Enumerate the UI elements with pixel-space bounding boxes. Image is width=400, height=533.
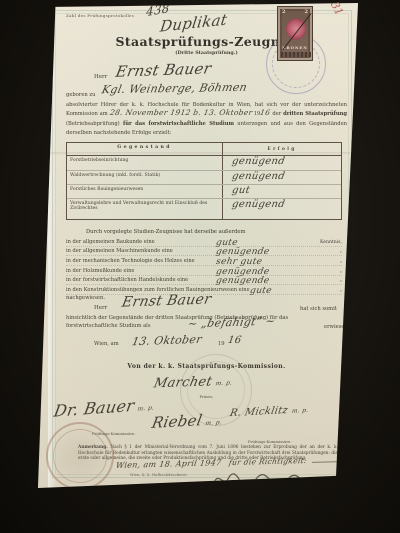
- president-mp-suffix: m. p.: [215, 380, 233, 388]
- result-cell: gut: [223, 185, 341, 198]
- table-row: Forstliches Bauingenieurwesen gut: [67, 184, 341, 198]
- commissioner-center-mp-suffix: m. p.: [205, 419, 223, 427]
- round-stamp-bottom-left: [46, 422, 114, 490]
- conclusion-seg-3: forstwirtschaftliche Studium als: [66, 323, 151, 329]
- result-handwritten: gut: [231, 185, 251, 197]
- certification-phrase-handwritten: für die Richtigkeit:: [229, 456, 308, 467]
- certification-date-handwritten: Wien, am 18. April 1947: [115, 458, 222, 470]
- certifier-signature: [210, 467, 320, 491]
- knowledge-grade-handwritten: gute: [249, 287, 305, 295]
- issue-date-handwritten: 13. Oktober: [131, 333, 203, 349]
- knowledge-row: in der mechanischen Technologie des Holz…: [66, 256, 342, 266]
- knowledge-grade-handwritten: genügende: [215, 248, 304, 256]
- photo-background: Zahl des Prüfungsprotokolles 438 Duplika…: [0, 0, 400, 533]
- subject-cell: Forstbetriebseinrichtung: [67, 156, 223, 170]
- commissioner-left-name: Dr. Bauer: [52, 396, 136, 421]
- knowledge-prefix: in der forstwirtschaftlichen Handelskund…: [66, 277, 216, 284]
- issue-year-handwritten: 16: [227, 335, 242, 346]
- knowledge-prefix: in der allgemeinen Baukunde eine: [66, 239, 216, 246]
- place-date-label: Wien, am: [94, 341, 119, 347]
- knowledge-suffix: „: [304, 278, 342, 284]
- salutation-label: Herr: [94, 74, 107, 80]
- knowledge-grade-handwritten: genügende: [215, 268, 304, 276]
- commissioner-center-signature: Riebelm. p.: [150, 410, 224, 432]
- knowledge-row: in der allgemeinen Baukunde eine gute Ke…: [66, 237, 342, 247]
- commissioner-right-mp-suffix: m. p.: [291, 407, 309, 415]
- knowledge-closing: nachgewiesen.: [66, 295, 105, 301]
- knowledge-grade-handwritten: gute: [215, 239, 304, 247]
- knowledge-prefix: in der mechanischen Technologie des Holz…: [66, 258, 216, 265]
- knowledge-prefix: in der Holzmeßkunde eine: [66, 268, 216, 275]
- issue-year-prefix: 19: [218, 341, 225, 347]
- knowledge-list: in der allgemeinen Baukunde eine gute Ke…: [66, 237, 342, 295]
- knowledge-suffix: „: [304, 288, 342, 294]
- commissioner-right-name: R. Micklitz: [229, 405, 289, 419]
- knowledge-grade-handwritten: genügende: [215, 277, 304, 285]
- result-handwritten: genügend: [231, 199, 286, 211]
- result-handwritten: genügend: [231, 156, 286, 168]
- knowledge-suffix: Kenntnis,: [304, 240, 342, 246]
- knowledge-row: in der Holzmeßkunde eine genügende „: [66, 266, 342, 276]
- knowledge-prefix: in der allgemeinen Maschinenkunde eine: [66, 248, 216, 255]
- result-handwritten: genügend: [231, 171, 286, 183]
- conclusion-seg-4: erwiesen.: [324, 324, 349, 330]
- intro-paragraph: absolvierter Hörer der k. k. Hochschule …: [66, 101, 347, 139]
- commissioner-left-mp-suffix: m. p.: [137, 404, 155, 412]
- stamp-value-right: 2: [305, 9, 308, 15]
- knowledge-suffix: „: [304, 249, 342, 255]
- intro-seg-3: (Betriebsabprüfung): [66, 121, 120, 127]
- knowledge-row: in der forstwirtschaftlichen Handelskund…: [66, 276, 342, 286]
- grades-table: Gegenstand Erfolg Forstbetriebseinrichtu…: [66, 142, 342, 220]
- intro-bold-1: dritten Staatsprüfung: [283, 111, 347, 117]
- president-signature-name: Marchet: [152, 374, 213, 391]
- stamp-value-left: 2: [282, 9, 285, 15]
- pen-rule-stroke: [312, 461, 342, 463]
- conclusion-name-handwritten: Ernst Bauer: [120, 291, 212, 310]
- table-row: Verwaltungslehre und Verwaltungsrecht mi…: [67, 198, 341, 219]
- table-row: Waldwertrechnung (inkl. forstl. Statik) …: [67, 170, 341, 184]
- born-label: geboren zu: [66, 92, 95, 98]
- commissioners-role-right: Prüfungs-Kommissäre.: [248, 439, 292, 444]
- result-cell: genügend: [223, 199, 341, 219]
- result-cell: genügend: [223, 156, 341, 170]
- table-header-row: Gegenstand Erfolg: [67, 143, 341, 156]
- knowledge-grade-handwritten: sehr gute: [215, 258, 304, 266]
- subject-cell: Waldwertrechnung (inkl. forstl. Statik): [67, 171, 223, 184]
- intro-bold-2: für das forstwirtschaftliche Studium: [123, 121, 234, 127]
- table-header-subject: Gegenstand: [67, 143, 223, 155]
- certificate-content: Zahl des Prüfungsprotokolles 438 Duplika…: [50, 2, 363, 492]
- stamp-bottom-band: [281, 52, 311, 57]
- knowledge-intro: Durch vorgelegte Studien-Zeugnisse hat d…: [86, 229, 245, 235]
- birthplace-handwritten: Kgl. Weinberge, Böhmen: [101, 81, 249, 97]
- qualification-handwritten: ~ „befähigt“ ~: [187, 314, 277, 330]
- holder-name-handwritten: Ernst Bauer: [114, 59, 213, 80]
- revenue-stamp: 2 2 KRONEN: [277, 6, 313, 61]
- commissioner-center-name: Riebel: [150, 411, 204, 432]
- printer-imprint: Wien, K. k. Hofbuchdruckerei.: [130, 473, 188, 477]
- subject-cell: Forstliches Bauingenieurwesen: [67, 185, 223, 198]
- subject-cell: Verwaltungslehre und Verwaltungsrecht mi…: [67, 199, 223, 219]
- knowledge-row: in der allgemeinen Maschinenkunde eine g…: [66, 247, 342, 257]
- knowledge-suffix: „: [304, 269, 342, 275]
- conclusion-seg-1: hat sich somit: [300, 306, 337, 312]
- knowledge-suffix: „: [304, 259, 342, 265]
- protocol-number-label: Zahl des Prüfungsprotokolles: [66, 13, 134, 18]
- table-header-result: Erfolg: [223, 143, 341, 155]
- conclusion-salutation: Herr: [94, 305, 107, 311]
- table-row: Forstbetriebseinrichtung genügend: [67, 156, 341, 170]
- president-signature: Marchetm. p.: [152, 374, 234, 392]
- result-cell: genügend: [223, 171, 341, 184]
- intro-seg-2: der: [272, 111, 281, 117]
- certificate-sheet: Zahl des Prüfungsprotokolles 438 Duplika…: [36, 2, 360, 490]
